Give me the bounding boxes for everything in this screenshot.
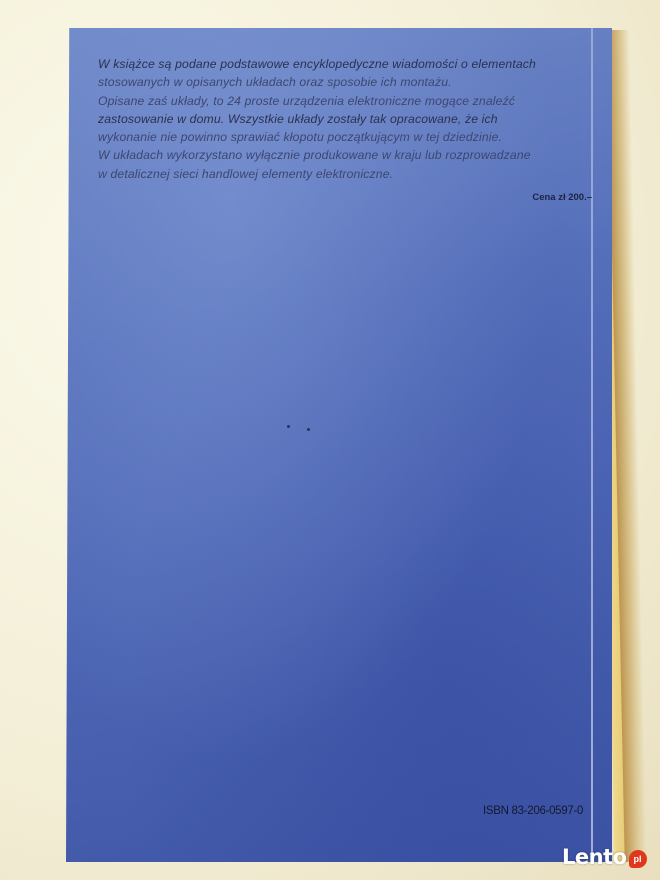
lento-watermark: Lento pl xyxy=(562,845,647,869)
description-line: stosowanych w opisanych układach oraz sp… xyxy=(98,73,598,91)
description-line: w detalicznej sieci handlowej elementy e… xyxy=(98,165,598,183)
speech-bubble-icon: pl xyxy=(629,850,647,868)
watermark-badge-text: pl xyxy=(634,854,642,864)
description-line: Opisane zaś układy, to 24 proste urządze… xyxy=(98,92,598,110)
description-line: wykonanie nie powinno sprawiać kłopotu p… xyxy=(98,128,598,146)
photo: W książce są podane podstawowe encyklope… xyxy=(0,0,660,880)
isbn-label: ISBN 83-206-0597-0 xyxy=(483,805,583,817)
watermark-brand: Lento xyxy=(562,845,627,869)
price-label: Cena zł 200.– xyxy=(500,192,592,203)
cover-speck xyxy=(287,425,290,428)
cover-speck xyxy=(307,428,310,431)
cover-description: W książce są podane podstawowe encyklope… xyxy=(98,55,598,183)
description-line: W książce są podane podstawowe encyklope… xyxy=(98,55,598,73)
description-line: zastosowanie w domu. Wszystkie układy zo… xyxy=(98,110,598,128)
description-line: W układach wykorzystano wyłącznie produk… xyxy=(98,146,598,164)
